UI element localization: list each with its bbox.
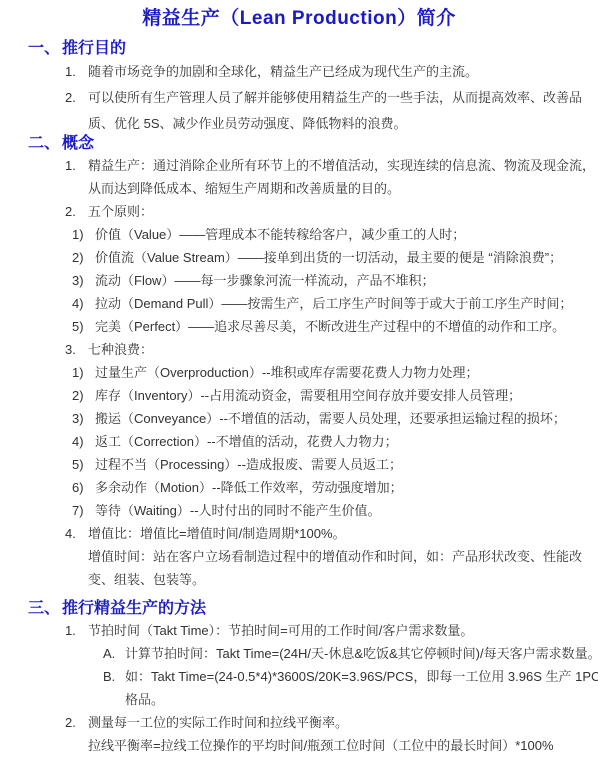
list-item-line: 5)完美（Perfect）——追求尽善尽美，不断改进生产过程中的不增值的动作和工… (0, 315, 598, 338)
list-text: 节拍时间（Takt Time）：节拍时间=可用的工作时间/客户需求数量。 (88, 619, 473, 642)
document-title: 精益生产（Lean Production）简介 (0, 0, 598, 31)
list-item-line: 3)流动（Flow）——每一步骤象河流一样流动，产品不堆积； (0, 269, 598, 292)
list-marker: 2) (72, 384, 95, 407)
list-text: 测量每一工位的实际工作时间和拉线平衡率。 (88, 711, 348, 734)
list-item-line: 2.测量每一工位的实际工作时间和拉线平衡率。 (0, 711, 598, 734)
document-body: 一、推行目的1.随着市场竞争的加剧和全球化，精益生产已经成为现代生产的主流。2.… (0, 38, 598, 757)
list-text: 完美（Perfect）——追求尽善尽美，不断改进生产过程中的不增值的动作和工序。 (95, 315, 565, 338)
section-number: 三、 (28, 598, 62, 619)
section-title: 概念 (62, 133, 94, 154)
section-number: 二、 (28, 133, 62, 154)
list-text: 价值流（Value Stream）——接单到出货的一切活动，最主要的便是 “消除… (95, 246, 562, 269)
list-item-line: 1)价值（Value）——管理成本不能转稼给客户，减少重工的人时； (0, 223, 598, 246)
list-item-line: 2.可以使所有生产管理人员了解并能够使用精益生产的一些手法，从而提高效率、改善品 (0, 85, 598, 111)
document-page: 精益生产（Lean Production）简介 一、推行目的1.随着市场竞争的加… (0, 0, 598, 762)
list-text: 变、组装、包装等。 (88, 568, 205, 591)
list-marker: 5) (72, 315, 95, 338)
list-text: 过程不当（Processing）--造成报废、需要人员返工； (95, 453, 402, 476)
list-item-line: 7)等待（Waiting）--人时付出的同时不能产生价值。 (0, 499, 598, 522)
list-item-line: 拉线平衡率=拉线工位操作的平均时间/瓶颈工位时间（工位中的最长时间）*100% (0, 734, 598, 757)
list-item-line: 2)价值流（Value Stream）——接单到出货的一切活动，最主要的便是 “… (0, 246, 598, 269)
list-marker: 1) (72, 223, 95, 246)
list-marker: 3) (72, 269, 95, 292)
list-text: 计算节拍时间：Takt Time=(24H/天-休息&吃饭&其它停顿时间)/每天… (125, 642, 598, 665)
list-marker (65, 734, 88, 757)
list-text: 七种浪费： (88, 338, 153, 361)
list-item-line: 1.精益生产：通过消除企业所有环节上的不增值活动，实现连续的信息流、物流及现金流… (0, 154, 598, 177)
list-text: 拉动（Demand Pull）——按需生产，后工序生产时间等于或大于前工序生产时… (95, 292, 572, 315)
list-marker: 1. (65, 619, 88, 642)
list-text: 库存（Inventory）--占用流动资金，需要租用空间存放并要安排人员管理； (95, 384, 521, 407)
list-item-line: B.如：Takt Time=(24-0.5*4)*3600S/20K=3.96S… (0, 665, 598, 688)
list-item-line: 5)过程不当（Processing）--造成报废、需要人员返工； (0, 453, 598, 476)
list-item-line: 3.七种浪费： (0, 338, 598, 361)
list-item-line: 3)搬运（Conveyance）--不增值的活动，需要人员处理，还要承担运输过程… (0, 407, 598, 430)
list-marker (65, 177, 88, 200)
list-text: 多余动作（Motion）--降低工作效率，劳动强度增加； (95, 476, 403, 499)
list-marker: 5) (72, 453, 95, 476)
list-marker: 1. (65, 154, 88, 177)
list-marker: 6) (72, 476, 95, 499)
list-marker: 2) (72, 246, 95, 269)
list-marker: 3) (72, 407, 95, 430)
list-marker: A. (103, 642, 125, 665)
list-marker: 2. (65, 85, 88, 111)
section-heading: 一、推行目的 (0, 38, 598, 59)
list-text: 从而达到降低成本、缩短生产周期和改善质量的目的。 (88, 177, 400, 200)
list-item-line: 2)库存（Inventory）--占用流动资金，需要租用空间存放并要安排人员管理… (0, 384, 598, 407)
section-title: 推行精益生产的方法 (62, 598, 206, 619)
list-marker: 1) (72, 361, 95, 384)
section-heading: 三、推行精益生产的方法 (0, 598, 598, 619)
list-marker: 2. (65, 200, 88, 223)
list-text: 五个原则： (88, 200, 153, 223)
list-text: 拉线平衡率=拉线工位操作的平均时间/瓶颈工位时间（工位中的最长时间）*100% (88, 734, 554, 757)
list-marker: 2. (65, 711, 88, 734)
list-marker (65, 568, 88, 591)
list-item-line: A.计算节拍时间：Takt Time=(24H/天-休息&吃饭&其它停顿时间)/… (0, 642, 598, 665)
list-marker: 1. (65, 59, 88, 85)
list-text: 精益生产：通过消除企业所有环节上的不增值活动，实现连续的信息流、物流及现金流， (88, 154, 595, 177)
list-text: 等待（Waiting）--人时付出的同时不能产生价值。 (95, 499, 381, 522)
list-marker: 3. (65, 338, 88, 361)
list-text: 流动（Flow）——每一步骤象河流一样流动，产品不堆积； (95, 269, 434, 292)
list-item-line: 2.五个原则： (0, 200, 598, 223)
list-item-line: 1)过量生产（Overproduction）--堆积或库存需要花费人力物力处理； (0, 361, 598, 384)
list-text: 价值（Value）——管理成本不能转稼给客户，减少重工的人时； (95, 223, 465, 246)
list-item-line: 4.增值比：增值比=增值时间/制造周期*100%。 (0, 522, 598, 545)
list-marker (103, 688, 125, 711)
list-marker: 4) (72, 430, 95, 453)
list-text: 返工（Correction）--不增值的活动，花费人力物力； (95, 430, 398, 453)
section-title: 推行目的 (62, 38, 126, 59)
list-text: 随着市场竞争的加剧和全球化，精益生产已经成为现代生产的主流。 (88, 59, 478, 85)
list-text: 质、优化 5S、减少作业员劳动强度、降低物料的浪费。 (88, 111, 407, 137)
list-text: 如：Takt Time=(24-0.5*4)*3600S/20K=3.96S/P… (125, 665, 598, 688)
list-marker: 4. (65, 522, 88, 545)
list-item-line: 从而达到降低成本、缩短生产周期和改善质量的目的。 (0, 177, 598, 200)
list-item-line: 6)多余动作（Motion）--降低工作效率，劳动强度增加； (0, 476, 598, 499)
list-text: 可以使所有生产管理人员了解并能够使用精益生产的一些手法，从而提高效率、改善品 (88, 85, 582, 111)
list-item-line: 1.随着市场竞争的加剧和全球化，精益生产已经成为现代生产的主流。 (0, 59, 598, 85)
list-marker: 4) (72, 292, 95, 315)
list-text: 格品。 (125, 688, 164, 711)
list-text: 增值时间：站在客户立场看制造过程中的增值动作和时间，如：产品形状改变、性能改 (88, 545, 582, 568)
list-marker: 7) (72, 499, 95, 522)
list-item-line: 4)返工（Correction）--不增值的活动，花费人力物力； (0, 430, 598, 453)
section-number: 一、 (28, 38, 62, 59)
list-marker: B. (103, 665, 125, 688)
list-text: 过量生产（Overproduction）--堆积或库存需要花费人力物力处理； (95, 361, 479, 384)
list-item-line: 变、组装、包装等。 (0, 568, 598, 591)
list-item-line: 4)拉动（Demand Pull）——按需生产，后工序生产时间等于或大于前工序生… (0, 292, 598, 315)
list-item-line: 增值时间：站在客户立场看制造过程中的增值动作和时间，如：产品形状改变、性能改 (0, 545, 598, 568)
list-item-line: 格品。 (0, 688, 598, 711)
list-item-line: 1.节拍时间（Takt Time）：节拍时间=可用的工作时间/客户需求数量。 (0, 619, 598, 642)
list-text: 增值比：增值比=增值时间/制造周期*100%。 (88, 522, 346, 545)
list-marker (65, 545, 88, 568)
list-text: 搬运（Conveyance）--不增值的活动，需要人员处理，还要承担运输过程的损… (95, 407, 566, 430)
